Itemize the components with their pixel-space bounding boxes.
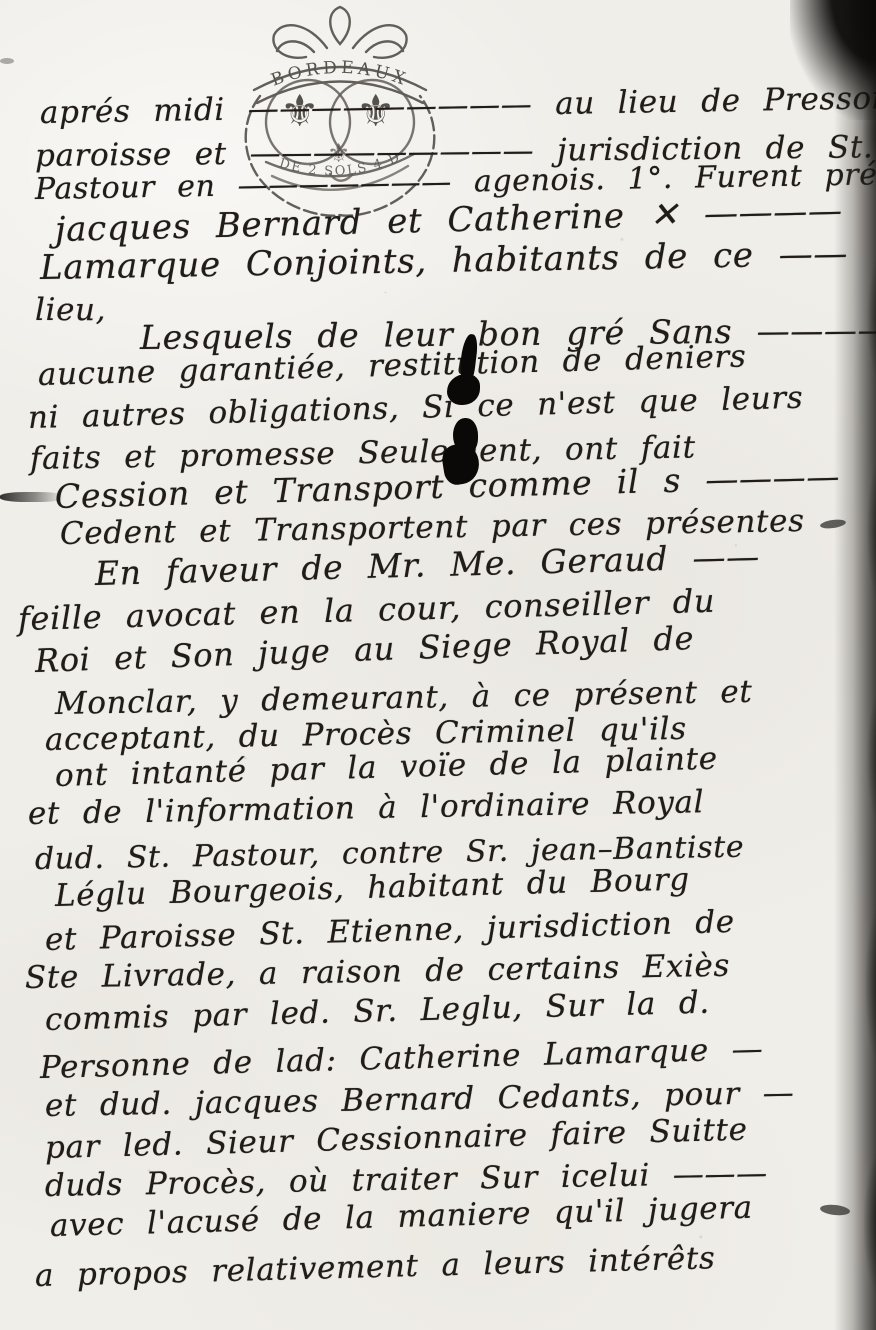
page-edge-shadow bbox=[834, 0, 876, 1330]
edge-speck bbox=[0, 58, 14, 64]
manuscript-page: BORDEAUX ⚜ ⚜ ⚜ DE 2 SOLS 4 D aprés midi … bbox=[0, 0, 876, 1330]
manuscript-line: a propos relativement a leurs intérêts bbox=[35, 1240, 716, 1294]
manuscript-line: aprés midi ————————— au lieu de Pressoir… bbox=[40, 80, 876, 131]
page-corner-dark bbox=[790, 0, 876, 120]
margin-smudge bbox=[0, 492, 64, 502]
manuscript-line: lieu, bbox=[35, 292, 106, 328]
handwritten-text: aprés midi ————————— au lieu de Pressoir… bbox=[0, 0, 876, 1330]
